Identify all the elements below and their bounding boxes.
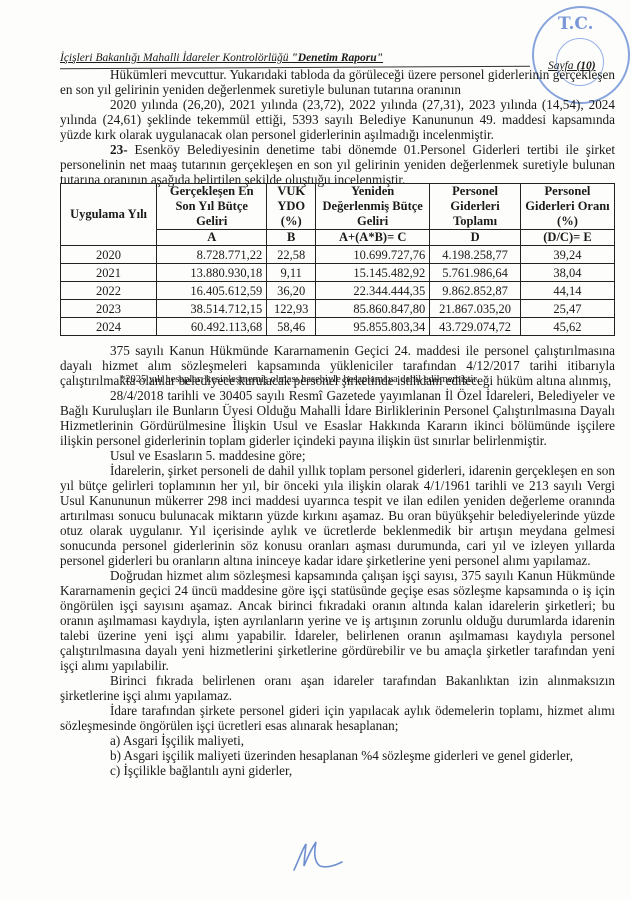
table-header-row: Uygulama Yılı Gerçekleşen En Son Yıl Büt… — [61, 184, 615, 230]
formula-c: A+(A*B)= C — [316, 230, 430, 246]
table-cell: 15.145.482,92 — [316, 264, 430, 282]
stamp-tc-text: T.C. — [558, 14, 594, 34]
paragraph: 375 sayılı Kanun Hükmünde Kararnamenin G… — [60, 343, 615, 388]
table-cell: 58,46 — [267, 318, 316, 336]
table-cell: 9.862.852,87 — [430, 282, 521, 300]
table-cell: 122,93 — [267, 300, 316, 318]
table-row: 202338.514.712,15122,9385.860.847,8021.8… — [61, 300, 615, 318]
section-paragraph: 23- Esenköy Belediyesinin denetime tabi … — [60, 142, 615, 187]
table-cell: 44,14 — [520, 282, 614, 300]
col-header-vuk-ydo: VUK YDO (%) — [267, 184, 316, 230]
col-header-year: Uygulama Yılı — [61, 184, 157, 246]
signature — [290, 836, 350, 876]
page-header: İçişleri Bakanlığı Mahalli İdareler Kont… — [60, 52, 615, 64]
table-cell: 22.344.444,35 — [316, 282, 430, 300]
formula-e: (D/C)= E — [520, 230, 614, 246]
paragraph: İdarelerin, şirket personeli de dahil yı… — [60, 463, 615, 568]
list-item: c) İşçilikle bağlantılı ayni giderler, — [60, 763, 615, 778]
table-cell: 45,62 — [520, 318, 614, 336]
paragraph: Hükümleri mevcuttur. Yukarıdaki tabloda … — [60, 67, 615, 97]
col-header-revalued: Yeniden Değerlenmiş Bütçe Geliri — [316, 184, 430, 230]
section-number: 23- — [110, 142, 128, 157]
col-header-personnel-total: Personel Giderleri Toplamı — [430, 184, 521, 230]
body-text: 375 sayılı Kanun Hükmünde Kararnamenin G… — [60, 343, 615, 778]
table-cell: 38.514.712,15 — [157, 300, 267, 318]
formula-a: A — [157, 230, 267, 246]
col-header-ratio: Personel Giderleri Oranı (%) — [520, 184, 614, 230]
report-name: "Denetim Raporu" — [291, 52, 383, 64]
formula-d: D — [430, 230, 521, 246]
paragraph: Birinci fıkrada belirlenen oranı aşan id… — [60, 673, 615, 703]
table-cell: 9,11 — [267, 264, 316, 282]
table-cell: 2022 — [61, 282, 157, 300]
table-cell: 10.699.727,76 — [316, 246, 430, 264]
table-cell: 5.761.986,64 — [430, 264, 521, 282]
paragraph: 2020 yılında (26,20), 2021 yılında (23,7… — [60, 97, 615, 142]
paragraph: İdare tarafından şirkete personel gideri… — [60, 703, 615, 733]
table-cell: 13.880.930,18 — [157, 264, 267, 282]
table-cell: 16.405.612,59 — [157, 282, 267, 300]
list-item: a) Asgari İşçilik maliyeti, — [60, 733, 615, 748]
table-cell: 43.729.074,72 — [430, 318, 521, 336]
intro-text: Hükümleri mevcuttur. Yukarıdaki tabloda … — [60, 67, 615, 187]
personnel-expense-table: Uygulama Yılı Gerçekleşen En Son Yıl Büt… — [60, 183, 615, 336]
table-cell: 60.492.113,68 — [157, 318, 267, 336]
table-cell: 2024 — [61, 318, 157, 336]
formula-b: B — [267, 230, 316, 246]
paragraph: 28/4/2018 tarihli ve 30405 sayılı Resmî … — [60, 388, 615, 448]
table-cell: 8.728.771,22 — [157, 246, 267, 264]
table-cell: 4.198.258,77 — [430, 246, 521, 264]
table-cell: 21.867.035,20 — [430, 300, 521, 318]
document-page: T.C. İçişleri Bakanlığı Mahalli İdareler… — [0, 0, 631, 900]
table-row: 202460.492.113,6858,4695.855.803,3443.72… — [61, 318, 615, 336]
table-cell: 22,58 — [267, 246, 316, 264]
table-cell: 36,20 — [267, 282, 316, 300]
paragraph: Usul ve Esasların 5. maddesine göre; — [60, 448, 615, 463]
table-cell: 85.860.847,80 — [316, 300, 430, 318]
table-cell: 25,47 — [520, 300, 614, 318]
table-row: 202216.405.612,5936,2022.344.444,359.862… — [61, 282, 615, 300]
table-row: 202113.880.930,189,1115.145.482,925.761.… — [61, 264, 615, 282]
header-institution: İçişleri Bakanlığı Mahalli İdareler Kont… — [60, 52, 383, 64]
paragraph: Doğrudan hizmet alım sözleşmesi kapsamın… — [60, 568, 615, 673]
list-item: b) Asgari işçilik maliyeti üzerinden hes… — [60, 748, 615, 763]
table-cell: 39,24 — [520, 246, 614, 264]
col-header-revenue: Gerçekleşen En Son Yıl Bütçe Geliri — [157, 184, 267, 230]
table-cell: 2021 — [61, 264, 157, 282]
table-row: 20208.728.771,2222,5810.699.727,764.198.… — [61, 246, 615, 264]
table-cell: 2020 — [61, 246, 157, 264]
table-cell: 38,04 — [520, 264, 614, 282]
table-cell: 2023 — [61, 300, 157, 318]
table-cell: 95.855.803,34 — [316, 318, 430, 336]
